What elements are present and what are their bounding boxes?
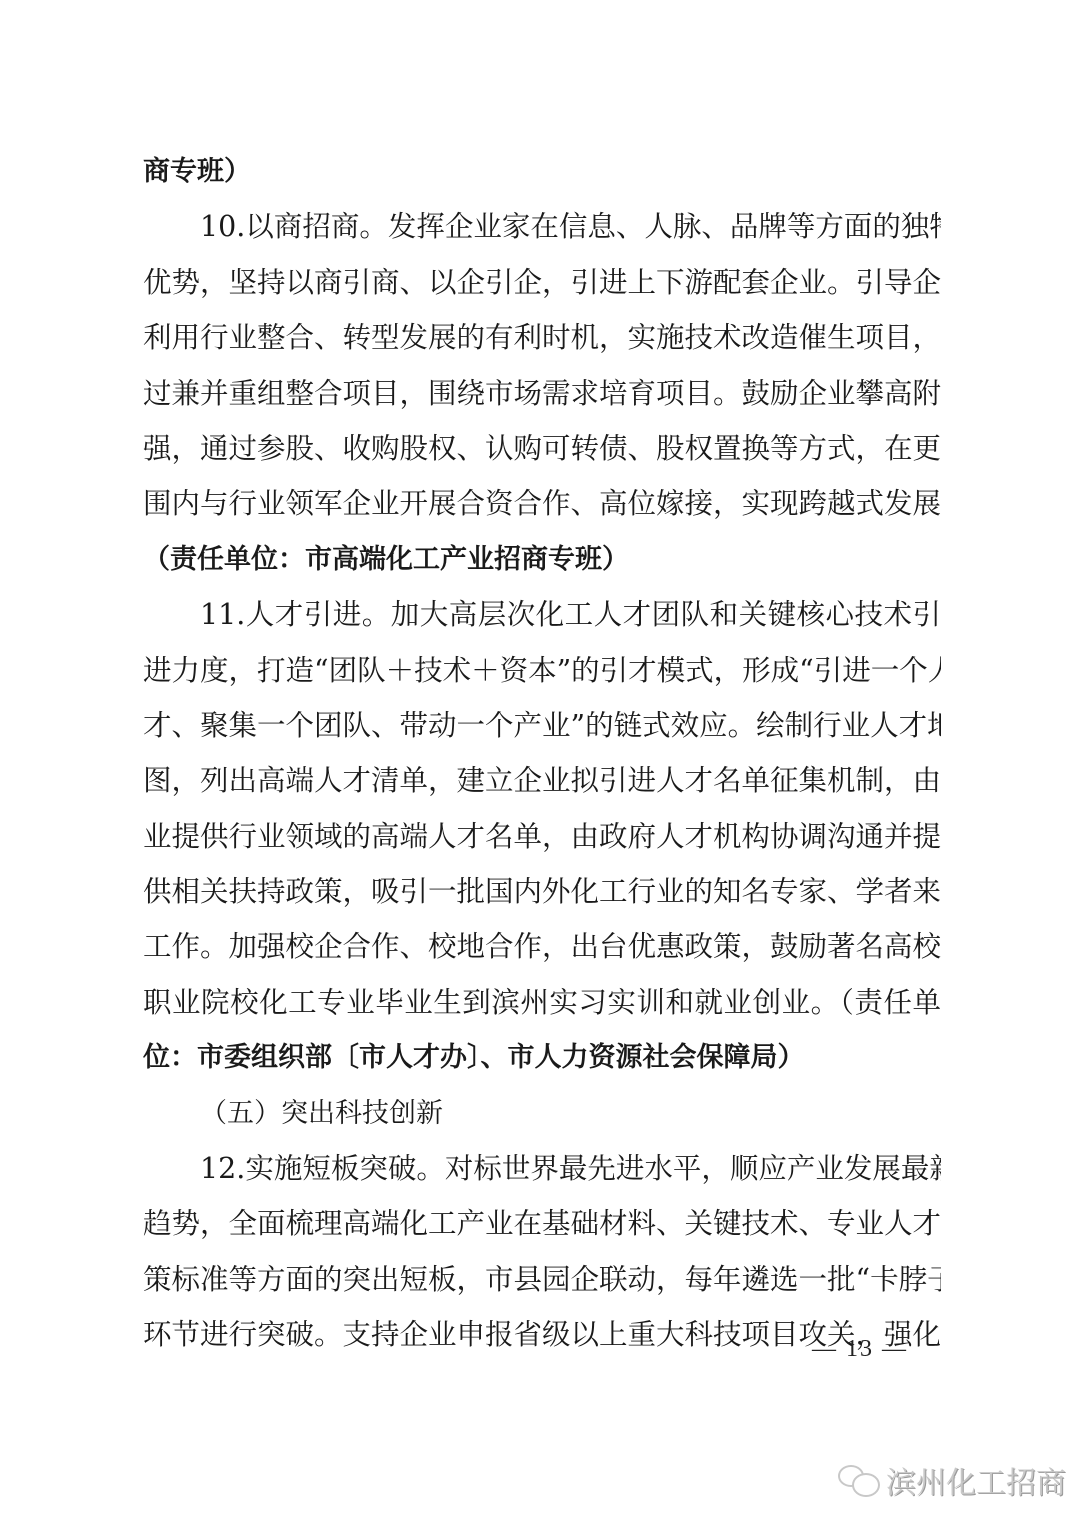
paragraph-10-line: 优势，坚持以商引商、以企引企，引进上下游配套企业。引导企业 bbox=[143, 255, 941, 310]
paragraph-10-line: 利用行业整合、转型发展的有利时机，实施技术改造催生项目，通 bbox=[143, 310, 941, 365]
watermark-text: 滨州化工招商 bbox=[886, 1458, 1066, 1502]
responsibility-line: 商专班） bbox=[143, 144, 941, 199]
paragraph-11-line: 供相关扶持政策，吸引一批国内外化工行业的知名专家、学者来滨 bbox=[143, 864, 941, 919]
wechat-icon bbox=[838, 1463, 880, 1497]
paragraph-11-line: 才、聚集一个团队、带动一个产业”的链式效应。绘制行业人才地 bbox=[143, 698, 941, 753]
paragraph-11-line: 图，列出高端人才清单，建立企业拟引进人才名单征集机制，由企 bbox=[143, 753, 941, 808]
paragraph-11-line: 11.人才引进。加大高层次化工人才团队和关键核心技术引 bbox=[143, 587, 941, 642]
section-heading: （五）突出科技创新 bbox=[143, 1086, 941, 1141]
paragraph-11-line: 进力度，打造“团队＋技术＋资本”的引才模式，形成“引进一个人 bbox=[143, 643, 941, 698]
paragraph-12-line: 趋势，全面梳理高端化工产业在基础材料、关键技术、专业人才、政 bbox=[143, 1196, 941, 1251]
responsibility-line: （责任单位：市高端化工产业招商专班） bbox=[143, 532, 941, 587]
paragraph-10-line: 强，通过参股、收购股权、认购可转债、股权置换等方式，在更大范 bbox=[143, 421, 941, 476]
document-page: 商专班） 10.以商招商。发挥企业家在信息、人脉、品牌等方面的独特 优势，坚持以… bbox=[143, 144, 941, 1363]
paragraph-10-line: 10.以商招商。发挥企业家在信息、人脉、品牌等方面的独特 bbox=[143, 199, 941, 254]
paragraph-12-line: 12.实施短板突破。对标世界最先进水平，顺应产业发展最新 bbox=[143, 1141, 941, 1196]
paragraph-11-line: 业提供行业领域的高端人才名单，由政府人才机构协调沟通并提 bbox=[143, 809, 941, 864]
responsibility-line: 位：市委组织部〔市人才办〕、市人力资源社会保障局） bbox=[143, 1030, 941, 1085]
page-number: — 13 — bbox=[800, 1336, 920, 1363]
paragraph-12-line: 策标准等方面的突出短板，市县园企联动，每年遴选一批“卡脖子” bbox=[143, 1252, 941, 1307]
paragraph-11-line: 工作。加强校企合作、校地合作，出台优惠政策，鼓励著名高校和 bbox=[143, 919, 941, 974]
paragraph-10-line: 围内与行业领军企业开展合资合作、高位嫁接，实现跨越式发展。 bbox=[143, 476, 941, 531]
paragraph-10-line: 过兼并重组整合项目，围绕市场需求培育项目。鼓励企业攀高附 bbox=[143, 366, 941, 421]
watermark: 滨州化工招商 bbox=[838, 1458, 1066, 1502]
paragraph-11-line: 职业院校化工专业毕业生到滨州实习实训和就业创业。（责任单 bbox=[143, 975, 941, 1030]
